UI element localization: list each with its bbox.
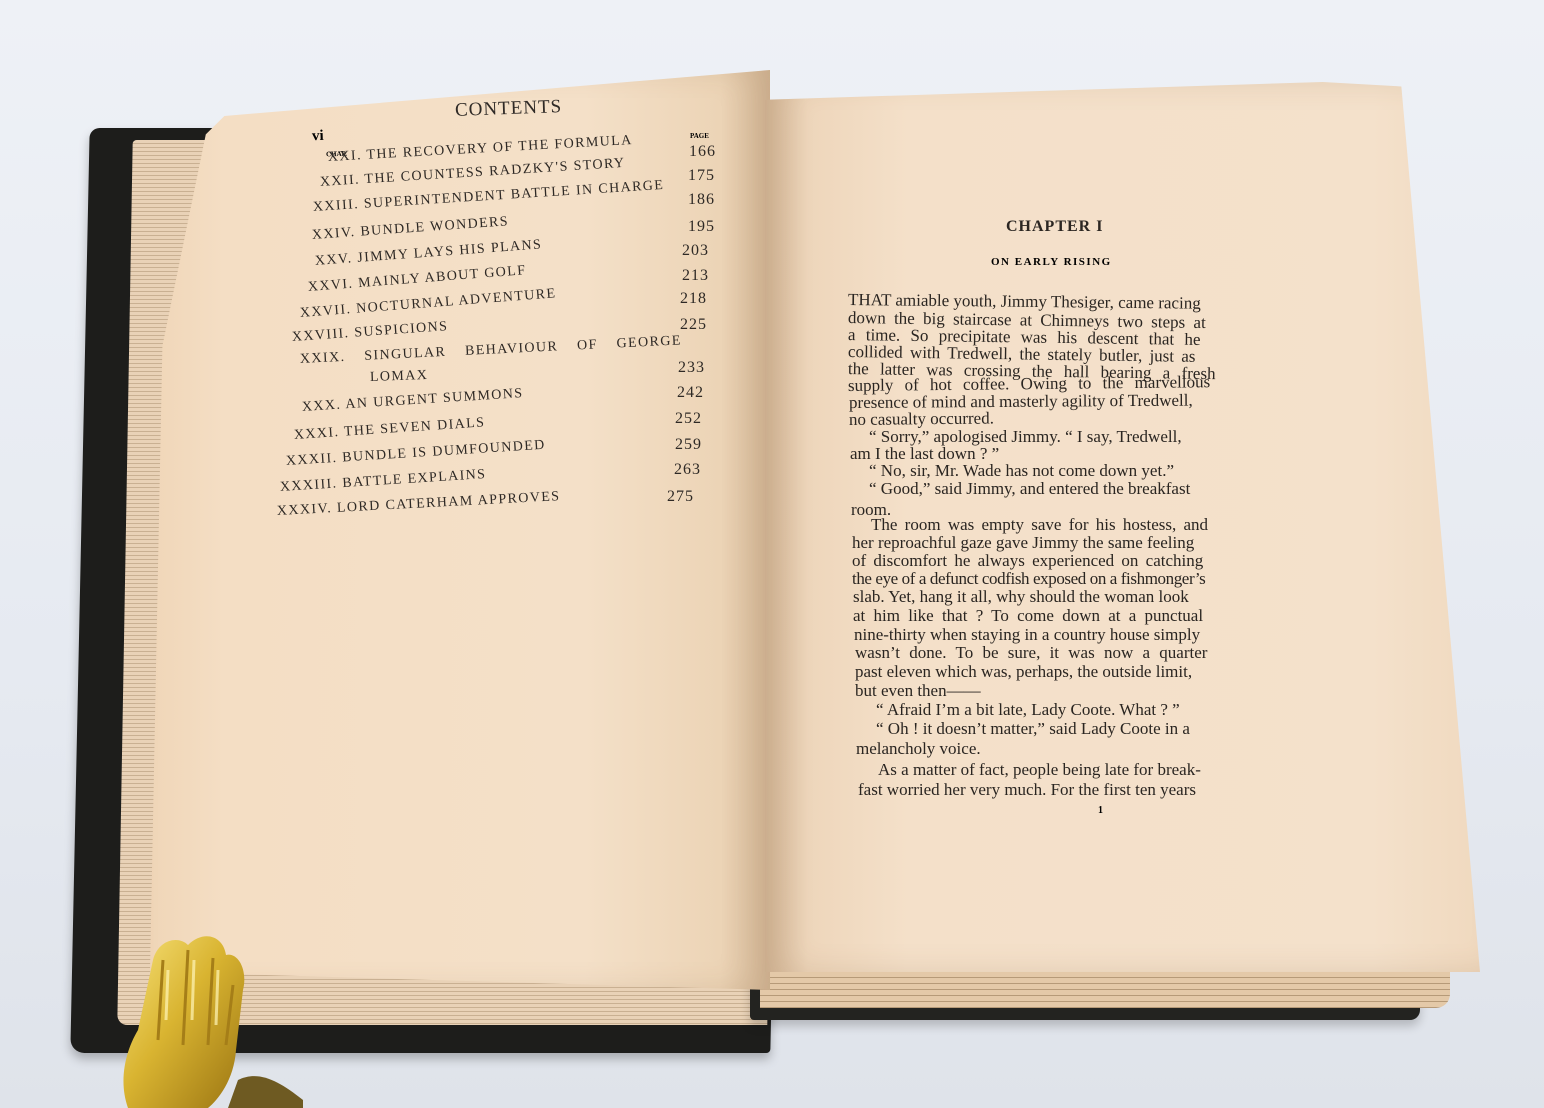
page-label: PAGE [690,132,709,140]
text-line: As a matter of fact, people being late f… [878,760,1201,780]
toc-page: 186 [688,191,715,209]
chapter-subtitle: ON EARLY RISING [991,256,1112,268]
text-line: past eleven which was, perhaps, the outs… [855,662,1192,682]
toc-page: 252 [675,410,702,428]
text-line: of discomfort he always experienced on c… [852,551,1203,571]
toc-entry-continued: LOMAX [370,368,429,386]
text-line: nine-thirty when staying in a country ho… [854,625,1200,645]
brass-hand-bookmark-icon [108,930,308,1108]
page-folio-1: 1 [1098,805,1103,816]
toc-page: 225 [680,316,707,334]
text-line: “ No, sir, Mr. Wade has not come down ye… [869,461,1174,481]
toc-page: 275 [667,488,694,506]
chapter-heading: CHAPTER I [1006,218,1103,236]
text-line: The room was empty save for his hostess,… [871,515,1208,535]
toc-page: 259 [675,436,702,454]
toc-page: 242 [677,384,704,402]
text-line: slab. Yet, hang it all, why should the w… [853,587,1189,607]
text-line: “ Afraid I’m a bit late, Lady Coote. Wha… [876,700,1180,720]
toc-page: 263 [674,461,701,479]
text-line: at him like that ? To come down at a pun… [853,606,1203,626]
book-photo: CONTENTS vi CHAP. PAGE XXI. THE RECOVERY… [0,0,1544,1108]
toc-page: 175 [688,167,715,185]
text-line: wasn’t done. To be sure, it was now a qu… [855,643,1207,663]
toc-page: 195 [688,218,715,236]
toc-page: 233 [678,359,705,377]
text-line: the eye of a defunct codfish exposed on … [852,569,1205,589]
toc-page: 213 [682,267,709,285]
text-line: her reproachful gaze gave Jimmy the same… [852,533,1194,553]
text-line: but even then—— [855,681,981,701]
page-folio-vi: vi [312,128,324,145]
text-line: “ Oh ! it doesn’t matter,” said Lady Coo… [876,719,1190,739]
text-line: fast worried her very much. For the firs… [858,780,1196,800]
toc-page: 218 [680,290,707,308]
toc-page: 203 [682,242,709,260]
contents-page [150,70,770,990]
text-line: melancholy voice. [856,739,981,759]
text-line: “ Good,” said Jimmy, and entered the bre… [869,479,1190,499]
contents-title: CONTENTS [455,96,563,122]
toc-page: 166 [689,143,716,161]
